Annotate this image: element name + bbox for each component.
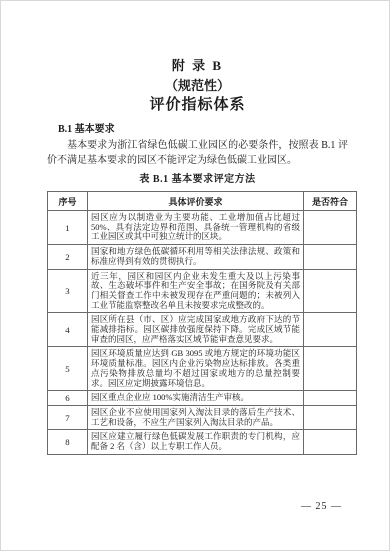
table-header: 序号 具体评价要求 是否符合 [48,192,357,211]
document-page: 附 录 B （规范性） 评价指标体系 B.1 基本要求 基本要求为浙江省绿色低碳… [0,0,390,551]
intro-paragraph: 基本要求为浙江省绿色低碳工业园区的必要条件，按照表 B.1 评价不满足基本要求的… [47,138,348,168]
page-number: — 25 — [301,501,342,512]
appendix-title-line3: 评价指标体系 [47,96,348,115]
conform-cell [304,269,357,313]
requirement-cell: 国家和地方绿色低碳循环利用等相关法律法规、政策和标准应得到有效的贯彻执行。 [88,245,304,269]
table-row: 5 园区环境质量应达到 GB 3095 或地方规定的环境功能区环境质量标准。园区… [48,347,357,391]
table-body: 1 园区应为以制造业为主要功能、工业增加值占比超过 50%、具有法定边界和范围、… [48,211,357,455]
conform-cell [304,391,357,406]
requirement-cell: 园区重点企业应 100%实施清洁生产审核。 [88,391,304,406]
conform-cell [304,430,357,454]
table-row: 7 园区企业不应使用国家列入淘汰目录的落后生产技术、工艺和设备，不应生产国家列入… [48,405,357,429]
requirement-cell: 近三年，园区和园区内企业未发生重大及以上污染事故、生态破坏事件和生产安全事故；在… [88,269,304,313]
row-number-cell: 6 [48,391,88,406]
row-number-cell: 5 [48,347,88,391]
row-number-cell: 8 [48,430,88,454]
conform-cell [304,211,357,245]
table-row: 8 园区应建立履行绿色低碳发展工作职责的专门机构，应配备 2 名（含）以上专职工… [48,430,357,454]
page-content: 附 录 B （规范性） 评价指标体系 B.1 基本要求 基本要求为浙江省绿色低碳… [47,57,348,455]
table-row: 6 园区重点企业应 100%实施清洁生产审核。 [48,391,357,406]
requirement-cell: 园区所在县（市、区）应完成国家或地方政府下达的节能减排指标。园区碳排放强度保持下… [88,313,304,347]
table-row: 4 园区所在县（市、区）应完成国家或地方政府下达的节能减排指标。园区碳排放强度保… [48,313,357,347]
header-cell-conform: 是否符合 [304,192,357,211]
requirements-table: 序号 具体评价要求 是否符合 1 园区应为以制造业为主要功能、工业增加值占比超过… [47,191,357,455]
requirement-cell: 园区环境质量应达到 GB 3095 或地方规定的环境功能区环境质量标准。园区内企… [88,347,304,391]
conform-cell [304,313,357,347]
section-heading: B.1 基本要求 [47,123,348,136]
appendix-title-line1: 附 录 B [47,57,348,74]
header-cell-no: 序号 [48,192,88,211]
row-number-cell: 3 [48,269,88,313]
table-row: 3 近三年，园区和园区内企业未发生重大及以上污染事故、生态破坏事件和生产安全事故… [48,269,357,313]
requirement-cell: 园区应为以制造业为主要功能、工业增加值占比超过 50%、具有法定边界和范围、具备… [88,211,304,245]
table-caption: 表 B.1 基本要求评定方法 [47,173,348,187]
row-number-cell: 2 [48,245,88,269]
header-cell-req: 具体评价要求 [88,192,304,211]
table-row: 2 国家和地方绿色低碳循环利用等相关法律法规、政策和标准应得到有效的贯彻执行。 [48,245,357,269]
table-row: 1 园区应为以制造业为主要功能、工业增加值占比超过 50%、具有法定边界和范围、… [48,211,357,245]
requirement-cell: 园区企业不应使用国家列入淘汰目录的落后生产技术、工艺和设备，不应生产国家列入淘汰… [88,405,304,429]
row-number-cell: 1 [48,211,88,245]
header-row: 序号 具体评价要求 是否符合 [48,192,357,211]
row-number-cell: 4 [48,313,88,347]
requirement-cell: 园区应建立履行绿色低碳发展工作职责的专门机构，应配备 2 名（含）以上专职工作人… [88,430,304,454]
conform-cell [304,405,357,429]
row-number-cell: 7 [48,405,88,429]
appendix-title-line2: （规范性） [47,77,348,94]
conform-cell [304,245,357,269]
conform-cell [304,347,357,391]
